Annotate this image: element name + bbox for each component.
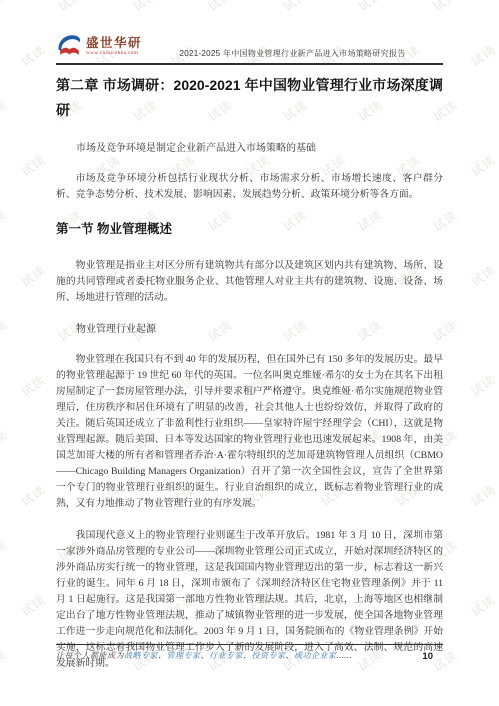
footer-slogan-separator: 、	[158, 651, 167, 660]
paragraph-origin: 物业管理在我国只有不到 40 年的发展历程，但在国外已有 150 多年的发展历史…	[56, 352, 443, 512]
footer-slogan-item: 管理专家	[167, 651, 201, 660]
paragraph-origin-label: 物业管理行业起源	[56, 322, 443, 338]
footer-slogan-item: 战略专家	[124, 651, 158, 660]
paragraph-overview: 市场及竞争环境分析包括行业现状分析、市场需求分析、市场增长速度、客户群分析、竞争…	[56, 171, 443, 203]
document-page: 试读试读试读试读试读试读试读试读试读试读试读试读试读试读试读试读试读试读试读试读…	[0, 0, 499, 706]
company-logo: 盛世华研 www.china-shka.com	[56, 33, 142, 60]
footer-slogan-separator: 、	[201, 651, 210, 660]
footer-slogan-separator: 、	[286, 651, 295, 660]
report-title: 2021-2025 年中国物业管理行业新产品进入市场策略研究报告	[142, 48, 443, 60]
footer-slogan-prefix: 让每个人都能成为	[56, 651, 124, 660]
logo-company-name: 盛世华研	[86, 37, 142, 50]
footer-slogan-item: 行业专家	[209, 651, 243, 660]
footer-slogan-separator: 、	[243, 651, 252, 660]
page-footer: 让每个人都能成为战略专家、管理专家、行业专家、投资专家、成功企业家…… 10	[56, 644, 443, 662]
page-number: 10	[422, 651, 433, 662]
footer-slogan-ellipsis: ……	[337, 651, 352, 660]
page-header: 盛世华研 www.china-shka.com 2021-2025 年中国物业管…	[56, 32, 443, 65]
chapter-title: 第二章 市场调研：2020-2021 年中国物业管理行业市场深度调研	[56, 73, 443, 123]
footer-slogan: 让每个人都能成为战略专家、管理专家、行业专家、投资专家、成功企业家……	[56, 650, 352, 661]
logo-text-block: 盛世华研 www.china-shka.com	[86, 37, 142, 57]
paragraph-subtitle: 市场及竞争环境是制定企业新产品进入市场策略的基础	[56, 141, 443, 157]
footer-slogan-item: 投资专家	[252, 651, 286, 660]
logo-swoosh-book-icon	[56, 33, 83, 60]
section1-title: 第一节 物业管理概述	[56, 221, 443, 238]
paragraph-definition: 物业管理是指业主对区分所有建筑物共有部分以及建筑区划内共有建筑物、场所、设施的共…	[56, 258, 443, 306]
footer-slogan-item: 成功企业家	[294, 651, 337, 660]
page-content: 盛世华研 www.china-shka.com 2021-2025 年中国物业管…	[0, 0, 499, 706]
logo-website-url: www.china-shka.com	[86, 51, 142, 56]
